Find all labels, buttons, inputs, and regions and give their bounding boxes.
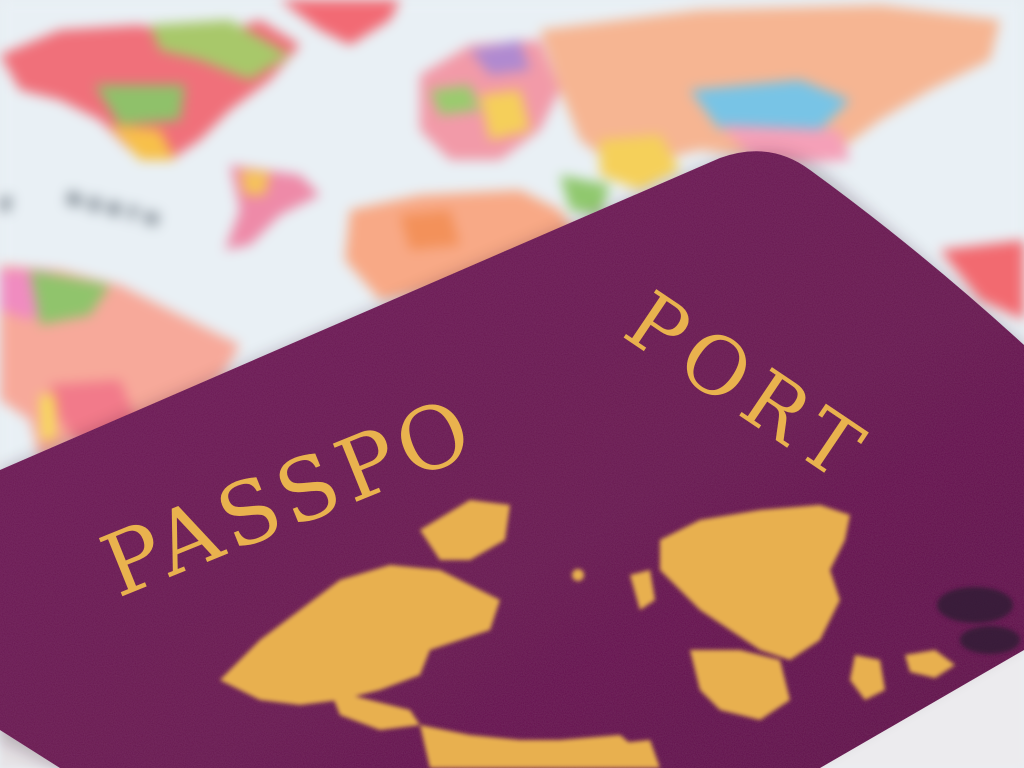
passport: PASSPO PORT xyxy=(0,0,1024,768)
photo-scene: E NORTH xyxy=(0,0,1024,768)
